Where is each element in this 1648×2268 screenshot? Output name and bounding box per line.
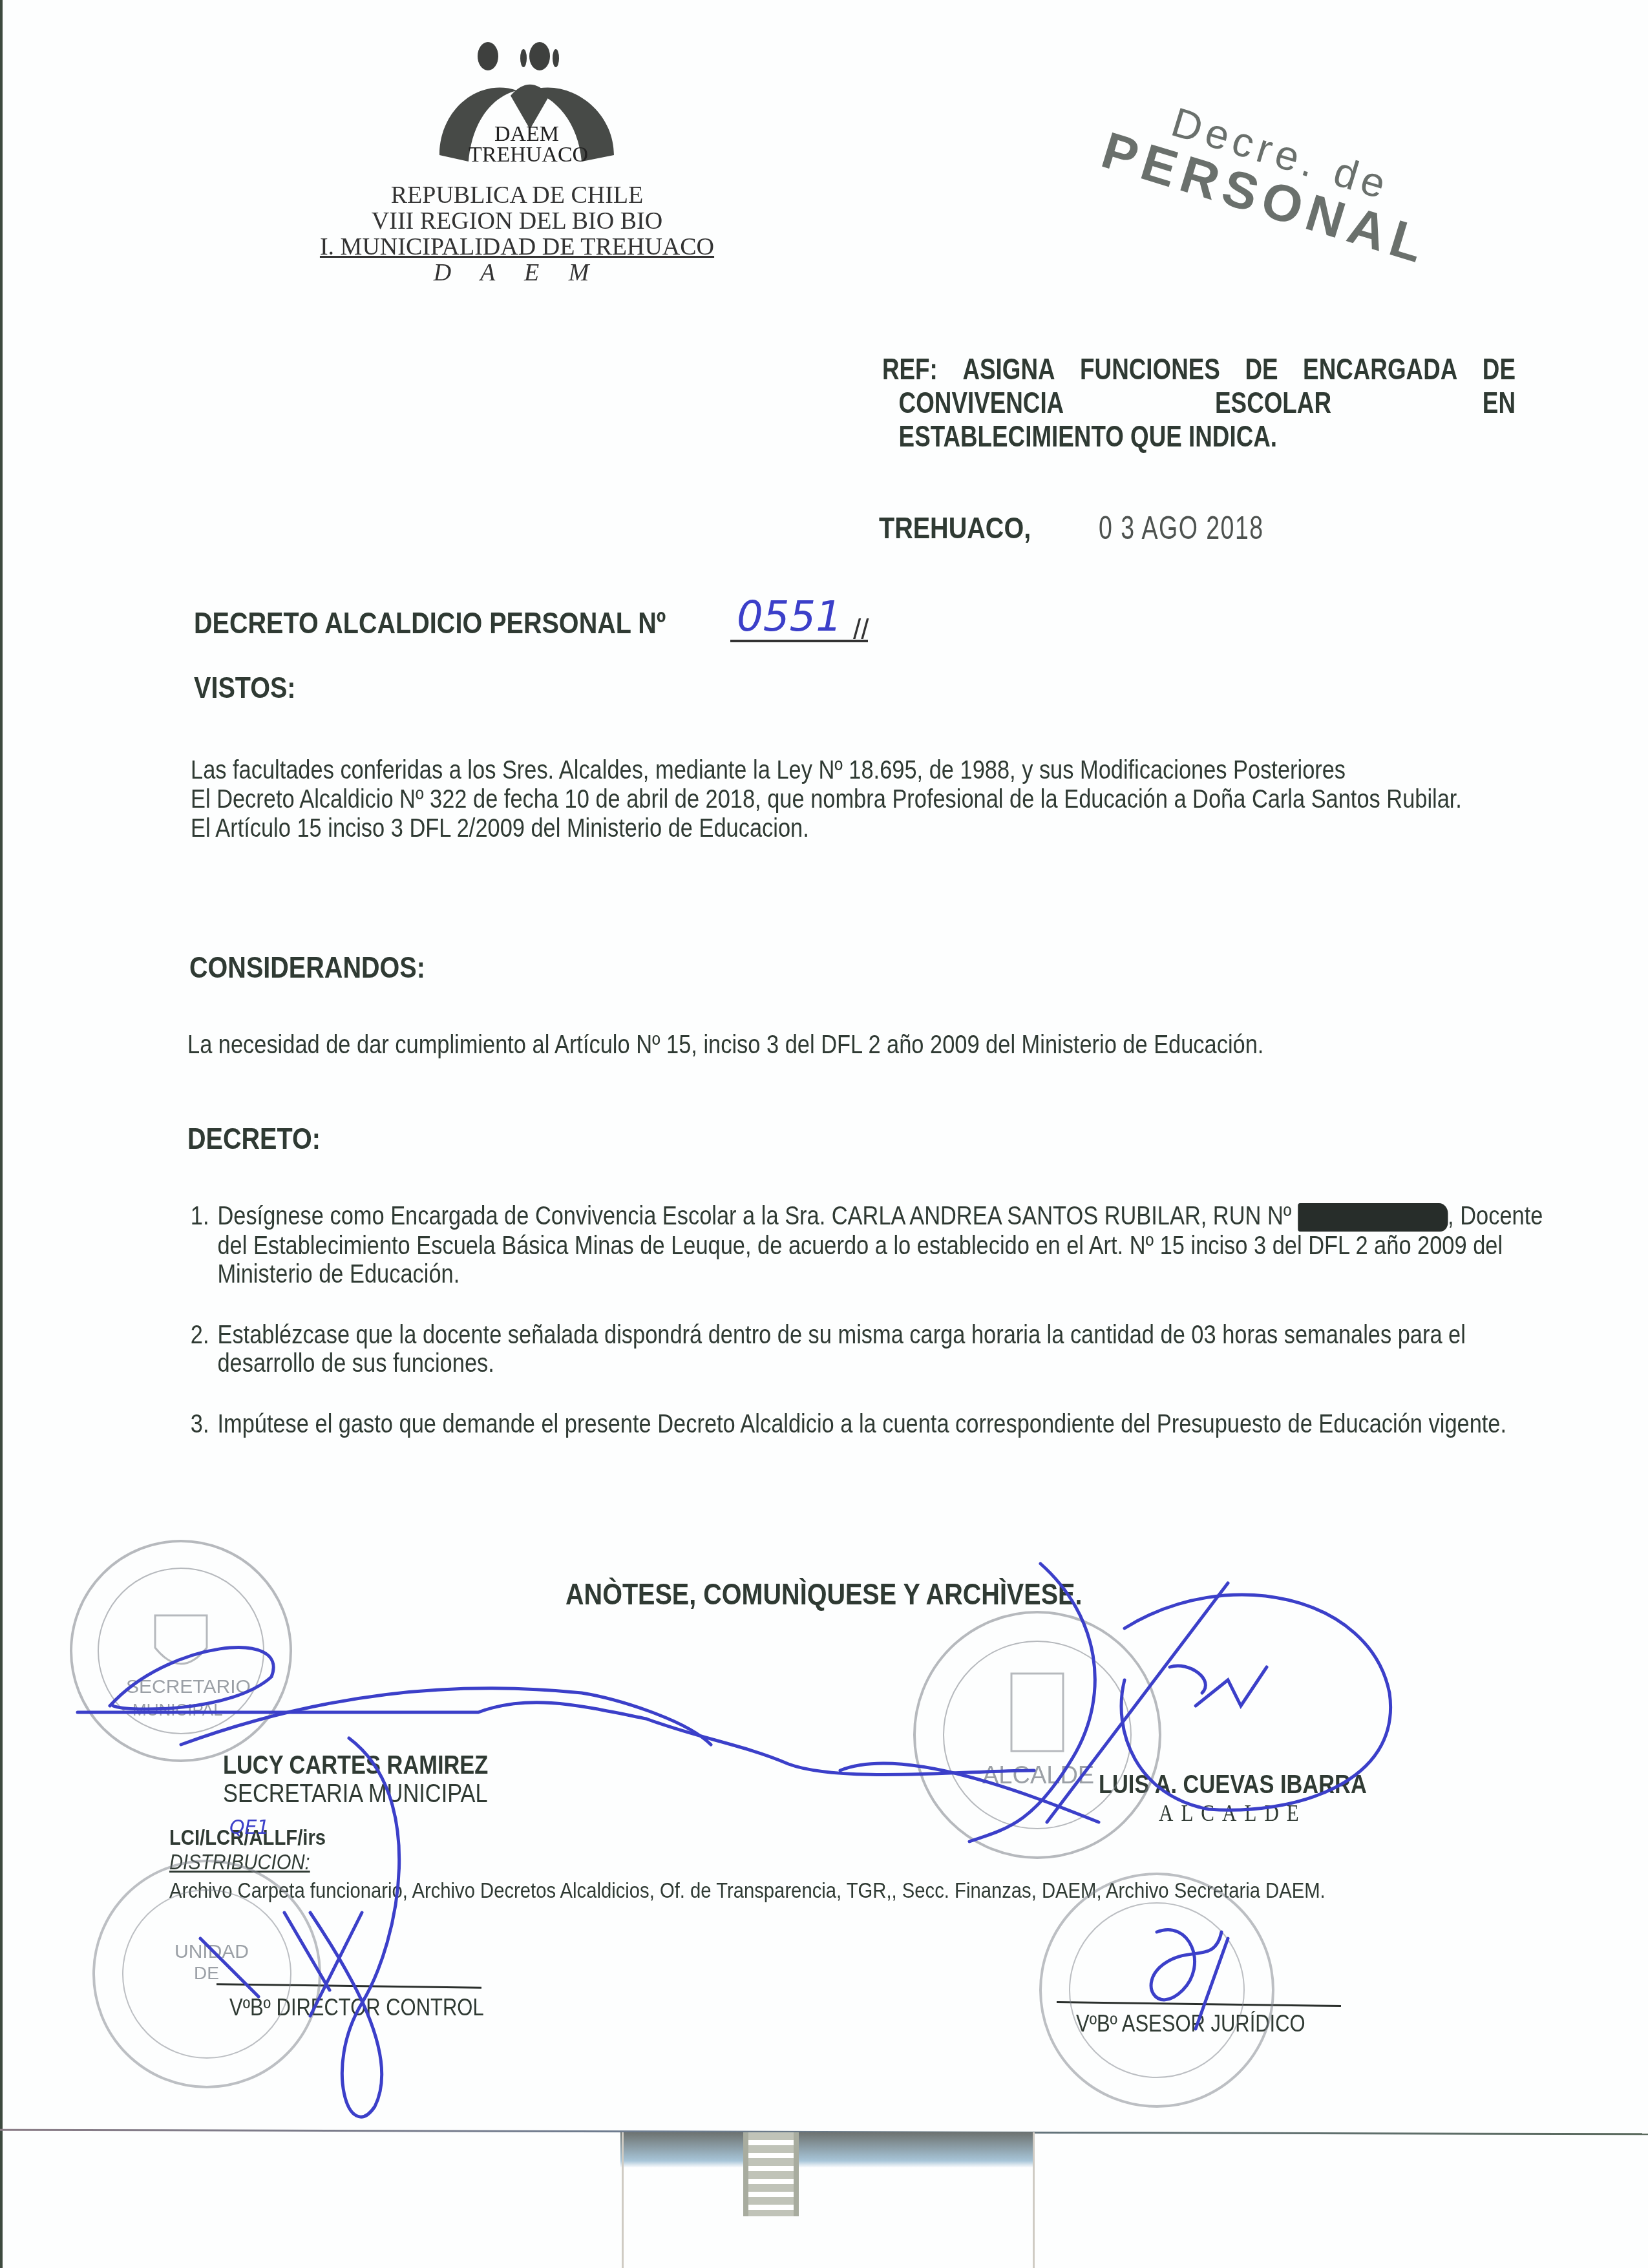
legal-title: VºBº ASESOR JURÍDICO	[1076, 2010, 1305, 2038]
date-stamp: 0 3 AGO 2018	[1099, 514, 1264, 542]
redacted-run	[1298, 1203, 1448, 1232]
letterhead: REPUBLICA DE CHILE VIII REGION DEL BIO B…	[271, 182, 763, 286]
decree-label: DECRETO ALCALDICIO PERSONAL Nº	[194, 609, 666, 637]
decree-number: 0551	[730, 594, 868, 642]
distribution-block: LCI/LCR/ALLF/irs DISTRIBUCION: Archivo C…	[169, 1825, 1614, 1903]
place: TREHUACO,	[879, 514, 1031, 542]
logo-text-daem: DAEM	[469, 124, 585, 145]
closing-formula: ANÒTESE, COMUNÌQUESE Y ARCHÌVESE.	[565, 1580, 1082, 1608]
seal-text: SECRETARIO	[126, 1676, 251, 1697]
svg-text:ALCALDE: ALCALDE	[982, 1762, 1094, 1789]
reference-block: REF: ASIGNA FUNCIONES DE ENCARGADA DE CO…	[882, 352, 1516, 453]
decree-suffix: //	[853, 614, 869, 646]
secretary-title: SECRETARIA MUNICIPAL	[223, 1780, 488, 1808]
mayor-signatory: LUIS A. CUEVAS IBARRA ALCALDE	[1099, 1770, 1367, 1827]
vistos-paragraph: El Decreto Alcaldicio Nº 322 de fecha 10…	[191, 785, 1547, 814]
ref-line-2: CONVIVENCIA ESCOLAR EN	[882, 386, 1516, 419]
secretary-signatory: LUCY CARTES RAMIREZ SECRETARIA MUNICIPAL	[223, 1751, 488, 1808]
svg-text:DE: DE	[194, 1963, 219, 1983]
secretary-seal-icon	[71, 1541, 291, 1761]
decreto-list: Desígnese como Encargada de Convivencia …	[187, 1202, 1549, 1471]
distribution-title: DISTRIBUCION:	[169, 1850, 1614, 1874]
legal-seal-icon	[1041, 1874, 1273, 2106]
letterhead-line-3: I. MUNICIPALIDAD DE TREHUACO	[271, 234, 763, 260]
vistos-title: VISTOS:	[194, 673, 296, 702]
letterhead-line-1: REPUBLICA DE CHILE	[271, 182, 763, 208]
tab-edge-right	[1033, 2132, 1035, 2268]
vistos-paragraph: El Artículo 15 inciso 3 DFL 2/2009 del M…	[191, 814, 1547, 843]
ref-line-3: ESTABLECIMIENTO QUE INDICA.	[882, 419, 1516, 453]
distribution-text: Archivo Carpeta funcionario, Archivo Dec…	[169, 1878, 1614, 1903]
control-signature-line	[217, 1983, 481, 1989]
svg-text:UNIDAD: UNIDAD	[174, 1941, 249, 1962]
vistos-paragraph: Las facultades conferidas a los Sres. Al…	[191, 756, 1547, 785]
control-title: VºBº DIRECTOR CONTROL	[229, 1993, 484, 2022]
considerandos-text: La necesidad de dar cumplimiento al Artí…	[187, 1031, 1549, 1060]
decreto-item: Impútese el gasto que demande el present…	[215, 1410, 1549, 1438]
initials: LCI/LCR/ALLF/irs	[169, 1825, 1614, 1850]
secretary-name: LUCY CARTES RAMIREZ	[223, 1751, 488, 1780]
considerandos-title: CONSIDERANDOS:	[189, 953, 425, 982]
tab-edge-left	[622, 2132, 624, 2268]
letterhead-line-4: D A E M	[271, 260, 763, 286]
ref-line-1: REF: ASIGNA FUNCIONES DE ENCARGADA DE	[882, 352, 1516, 386]
vistos-body: Las facultades conferidas a los Sres. Al…	[191, 756, 1547, 843]
svg-text:MUNICIPAL: MUNICIPAL	[132, 1700, 223, 1719]
mayor-name: LUIS A. CUEVAS IBARRA	[1099, 1770, 1367, 1799]
logo-text-trehuaco: TREHUACO	[469, 145, 585, 165]
decreto-item: Establézcase que la docente señalada dis…	[215, 1321, 1549, 1378]
legal-signature-line	[1057, 2001, 1341, 2007]
personal-stamp: Decre. de PERSONAL	[1095, 81, 1448, 277]
mayor-title: ALCALDE	[1099, 1799, 1367, 1827]
scanner-film-strip	[743, 2132, 799, 2216]
daem-logo: DAEM TREHUACO	[433, 39, 620, 174]
decreto-title: DECRETO:	[187, 1124, 321, 1153]
scanner-tab	[620, 2132, 1034, 2168]
letterhead-line-2: VIII REGION DEL BIO BIO	[271, 208, 763, 234]
decreto-item: Desígnese como Encargada de Convivencia …	[215, 1202, 1549, 1288]
scan-edge	[0, 0, 3, 2268]
